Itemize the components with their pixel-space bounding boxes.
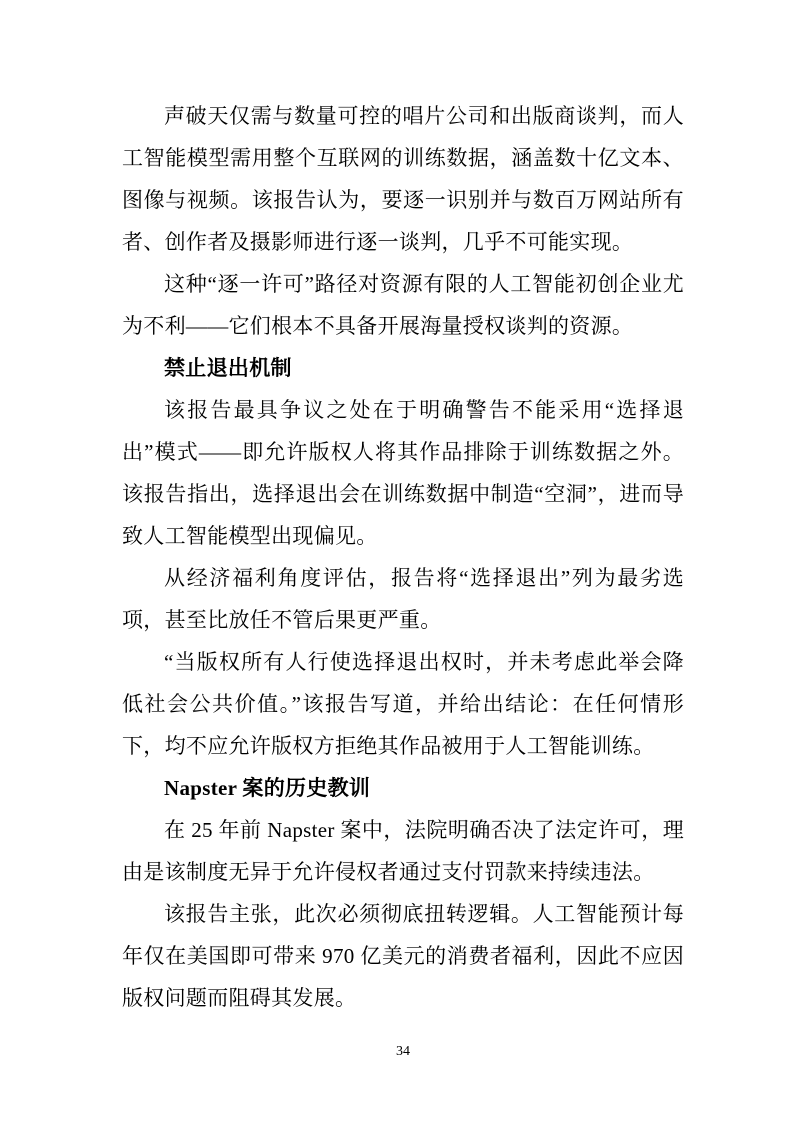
document-text-block: 声破天仅需与数量可控的唱片公司和出版商谈判，而人工智能模型需用整个互联网的训练数… — [122, 95, 684, 1019]
paragraph-economic-welfare: 从经济福利角度评估，报告将“选择退出”列为最劣选项，甚至比放任不管后果更严重。 — [122, 557, 684, 641]
paragraph-napster-case: 在 25 年前 Napster 案中，法院明确否决了法定许可，理由是该制度无异于… — [122, 809, 684, 893]
paragraph-opt-out-warning: 该报告最具争议之处在于明确警告不能采用“选择退出”模式——即允许版权人将其作品排… — [122, 389, 684, 557]
document-page: 声破天仅需与数量可控的唱片公司和出版商谈判，而人工智能模型需用整个互联网的训练数… — [0, 0, 793, 1122]
paragraph-licensing-negotiation: 声破天仅需与数量可控的唱片公司和出版商谈判，而人工智能模型需用整个互联网的训练数… — [122, 95, 684, 263]
page-number: 34 — [122, 1042, 684, 1062]
paragraph-report-quote-conclusion: “当版权所有人行使选择退出权时，并未考虑此举会降低社会公共价值。”该报告写道，并… — [122, 641, 684, 767]
section-heading-napster-lesson: Napster 案的历史教训 — [122, 767, 684, 809]
paragraph-startup-disadvantage: 这种“逐一许可”路径对资源有限的人工智能初创企业尤为不利——它们根本不具备开展海… — [122, 263, 684, 347]
paragraph-reverse-logic: 该报告主张，此次必须彻底扭转逻辑。人工智能预计每年仅在美国即可带来 970 亿美… — [122, 893, 684, 1019]
section-heading-ban-opt-out: 禁止退出机制 — [122, 347, 684, 389]
